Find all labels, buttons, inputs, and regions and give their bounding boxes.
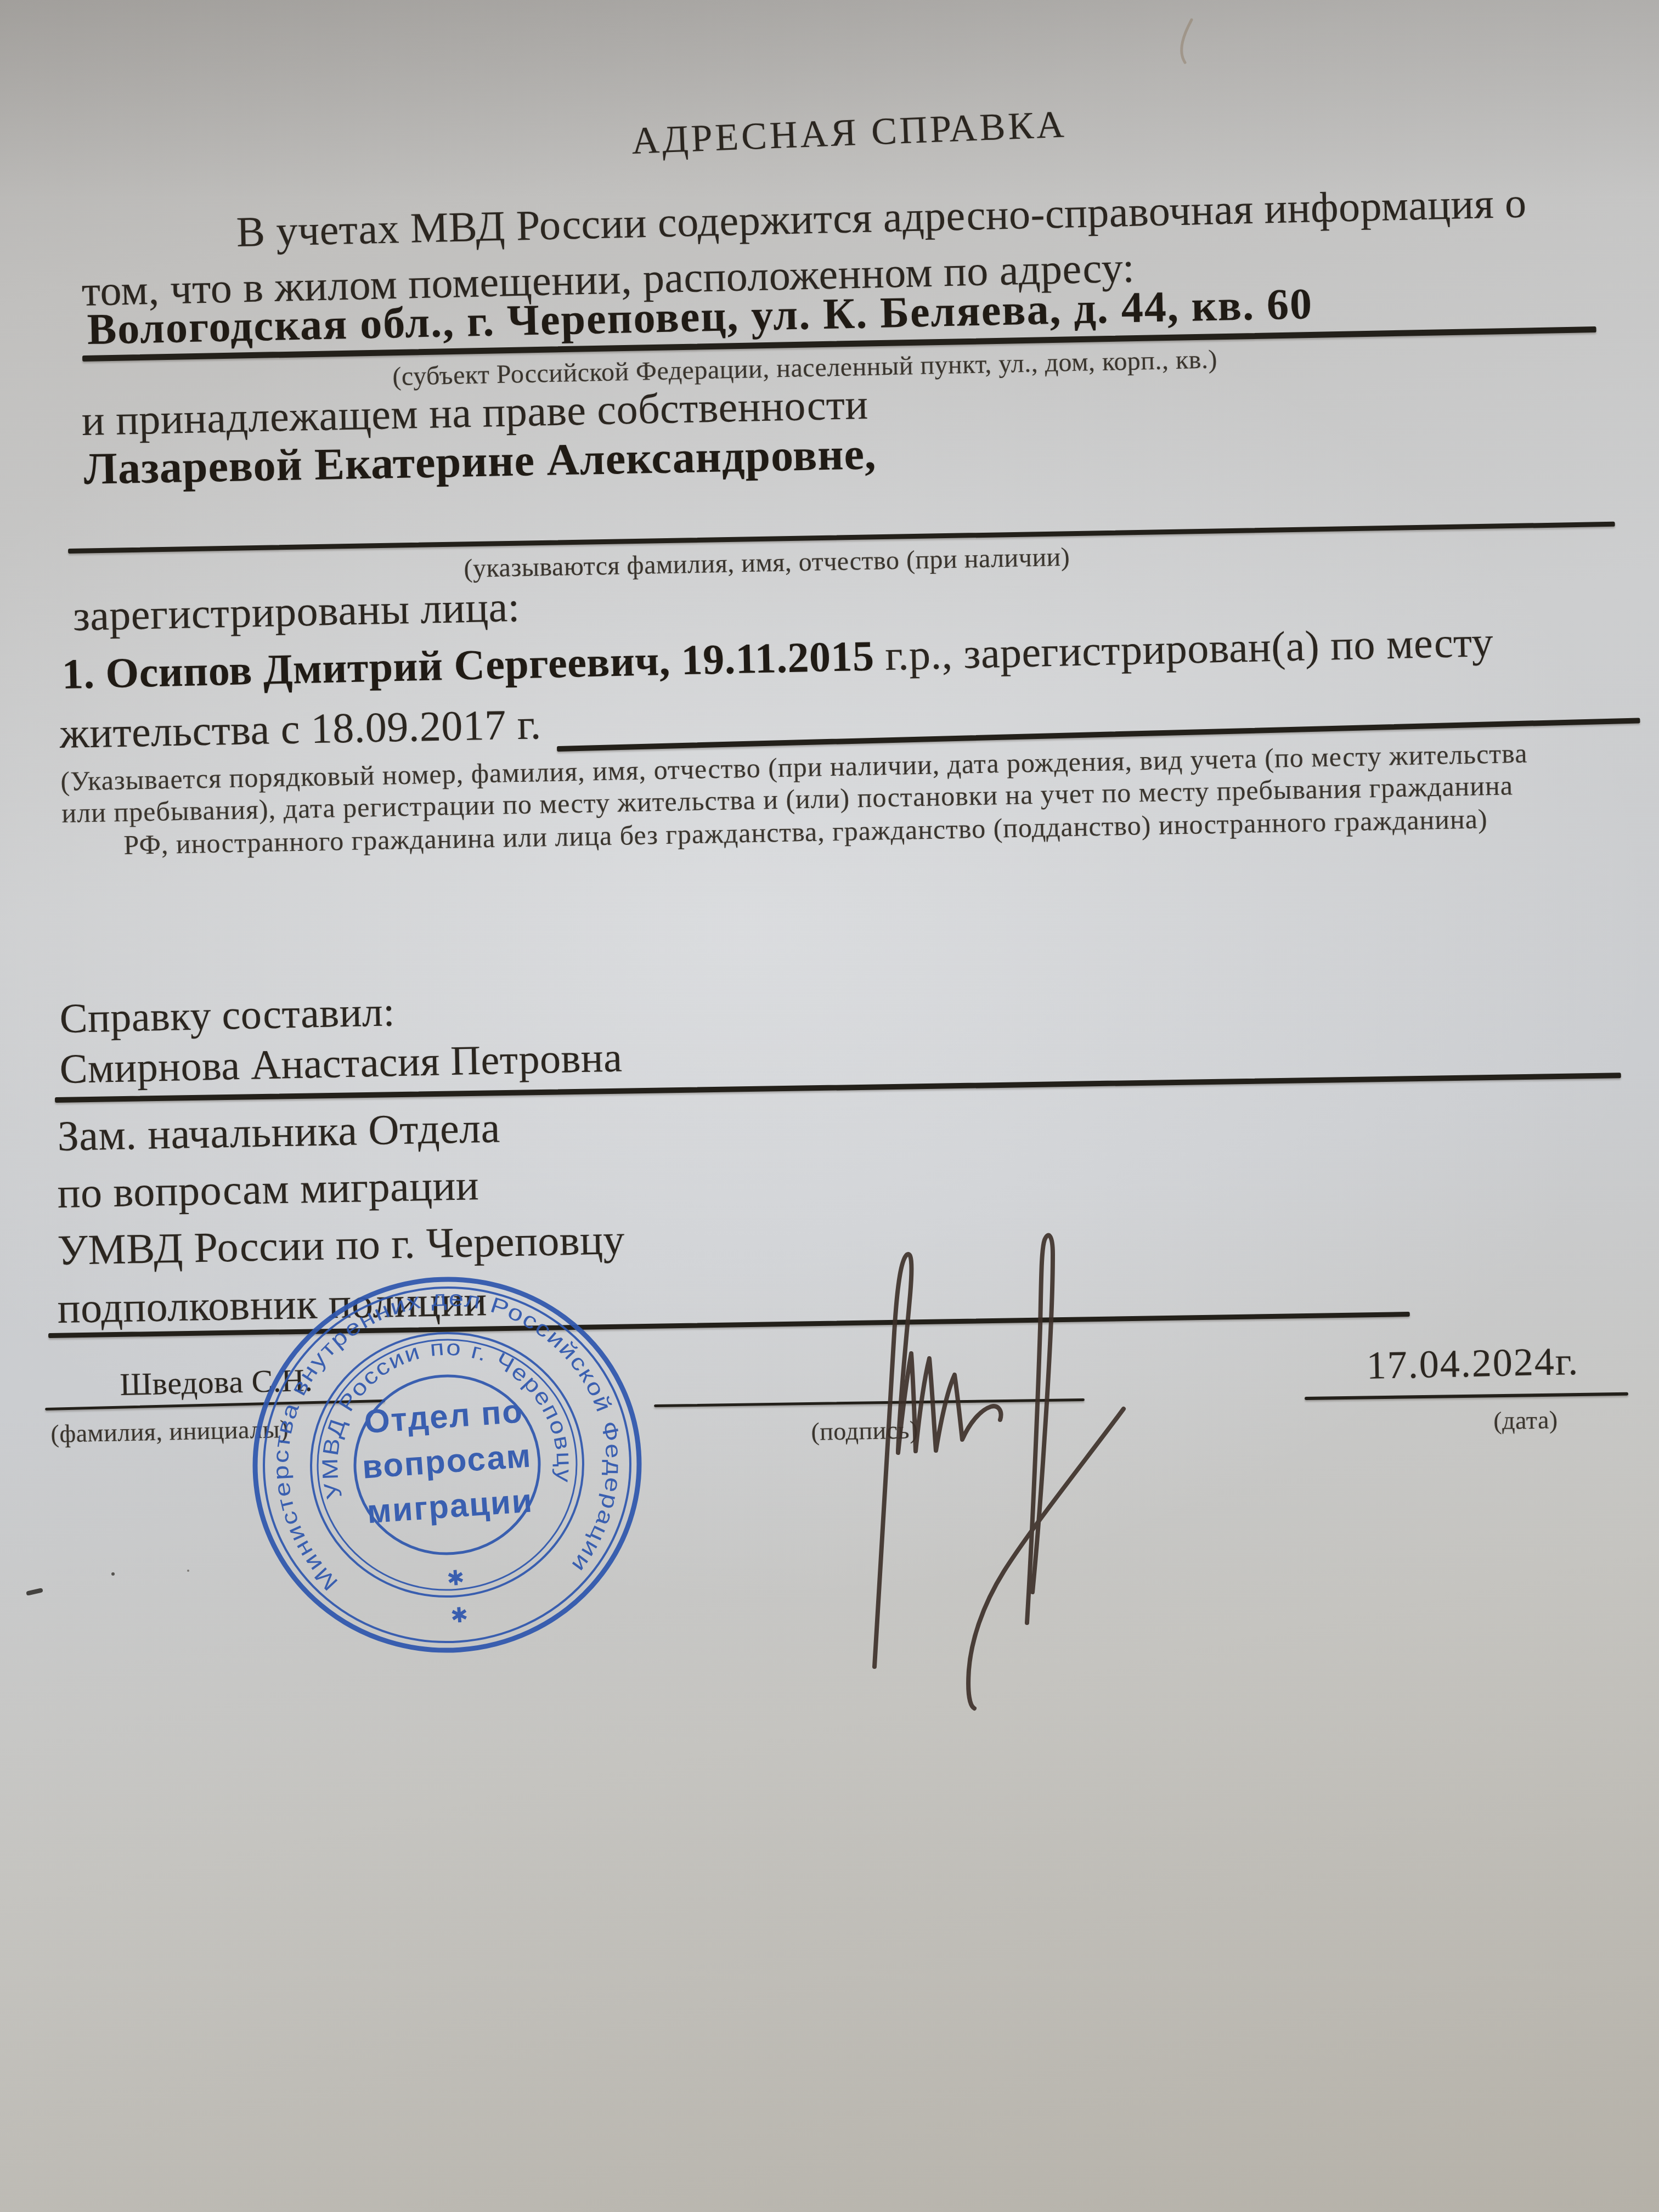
paper-speck xyxy=(187,1570,189,1572)
paper-speck xyxy=(111,1572,115,1576)
handwriting-overlay xyxy=(0,0,1659,2212)
signature-stroke-tall xyxy=(1027,1235,1053,1623)
dash-mark xyxy=(29,1590,41,1593)
signature-stroke-zigzag xyxy=(898,1353,1001,1453)
pen-mark xyxy=(1182,20,1192,63)
signature-stroke-sweep xyxy=(968,1409,1124,1708)
document-page: АДРЕСНАЯ СПРАВКА В учетах МВД России сод… xyxy=(0,0,1659,2212)
signature-stroke-loop xyxy=(874,1254,911,1667)
